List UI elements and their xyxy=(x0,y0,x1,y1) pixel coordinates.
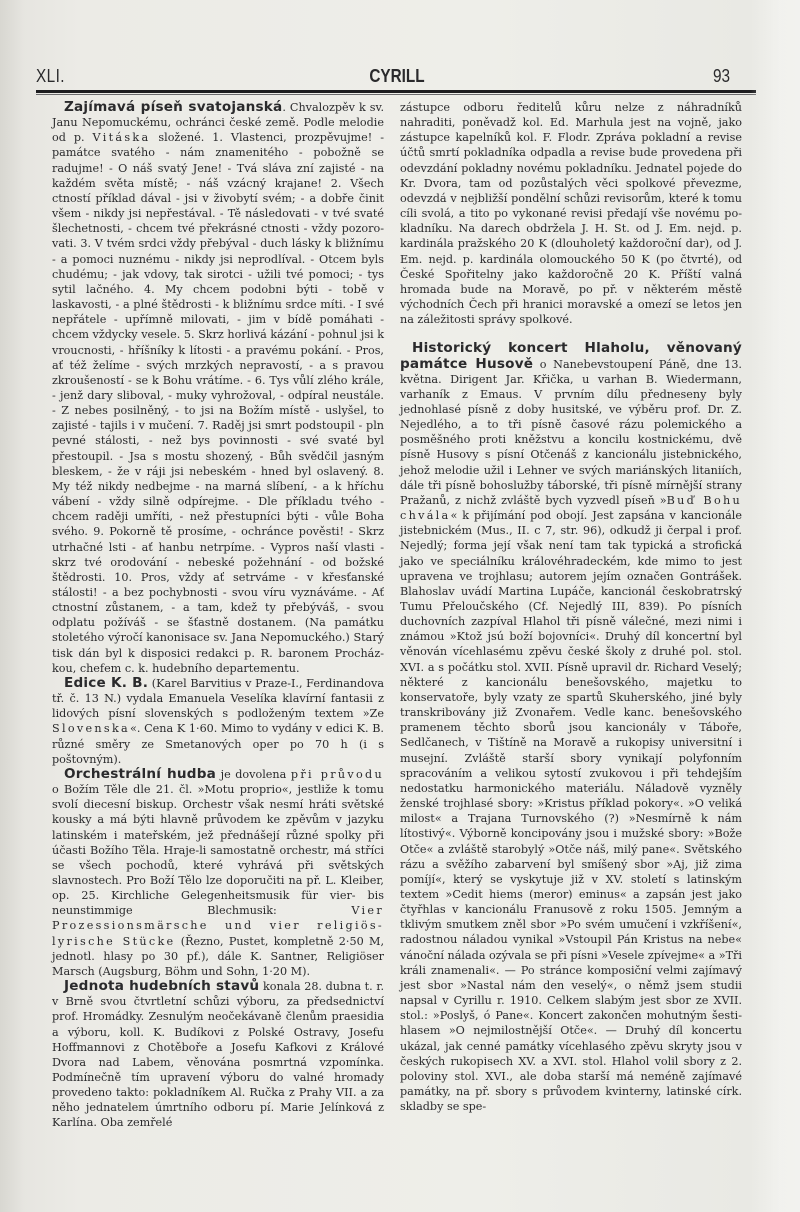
article-text: složené. 1. Vlastenci, prozpěvujme! - pa… xyxy=(52,131,384,674)
article-orchestralni-hudba: Orchestrální hudba je dovolena při průvo… xyxy=(52,767,384,979)
header-rule-thin xyxy=(36,94,756,95)
article-svatojanska: Zajímavá píseň svatojanská. Chvalozpěv k… xyxy=(52,100,384,676)
right-column: zástupce odboru ředitelů kůru nelze z ná… xyxy=(400,100,742,1114)
scanned-page: XLI. CYRILL 93 Zajímavá píseň svatojansk… xyxy=(0,0,800,1212)
article-text: je dovolena xyxy=(216,768,291,781)
header-rule-thick xyxy=(36,90,756,93)
spaced-name: Vitáska xyxy=(93,131,151,144)
spaced-title: Slovenska xyxy=(52,722,130,735)
left-column: Zajímavá píseň svatojanská. Chvalozpěv k… xyxy=(52,100,384,1131)
volume-number: XLI. xyxy=(36,66,65,87)
article-text: o Nanebevstoupení Páně, dne 13. května. … xyxy=(400,358,742,507)
page-edge-highlight xyxy=(750,0,800,1212)
article-jednota: Jednota hudebních stavů konala 28. dubna… xyxy=(52,979,384,1131)
article-edice-kb: Edice K. B. (Karel Barvitius v Praze-I.,… xyxy=(52,676,384,767)
journal-title: CYRILL xyxy=(90,66,704,87)
article-heading: Orchestrální hudba xyxy=(64,766,216,782)
article-text: « k přijímání pod obojí. Jest zapsána v … xyxy=(400,509,742,1113)
article-heading: Zajímavá píseň svatojanská xyxy=(64,99,282,115)
page-binding-shadow xyxy=(0,0,24,1212)
article-text: o Božím Těle dle 21. čl. »Motu proprio«,… xyxy=(52,783,384,917)
spaced-phrase: při průvodu xyxy=(291,768,384,781)
article-text: konala 28. dubna t. r. v Brně svou čtvrt… xyxy=(52,980,384,1129)
article-historicky-koncert: Historický koncert Hlaholu, věnovaný pam… xyxy=(400,341,742,1114)
page-number: 93 xyxy=(713,66,730,87)
article-jednota-continued: zástupce odboru ředitelů kůru nelze z ná… xyxy=(400,100,742,327)
article-heading: Edice K. B. xyxy=(64,675,148,691)
article-heading: Jednota hudebních stavů xyxy=(64,978,259,994)
running-header: XLI. CYRILL 93 xyxy=(36,62,758,88)
